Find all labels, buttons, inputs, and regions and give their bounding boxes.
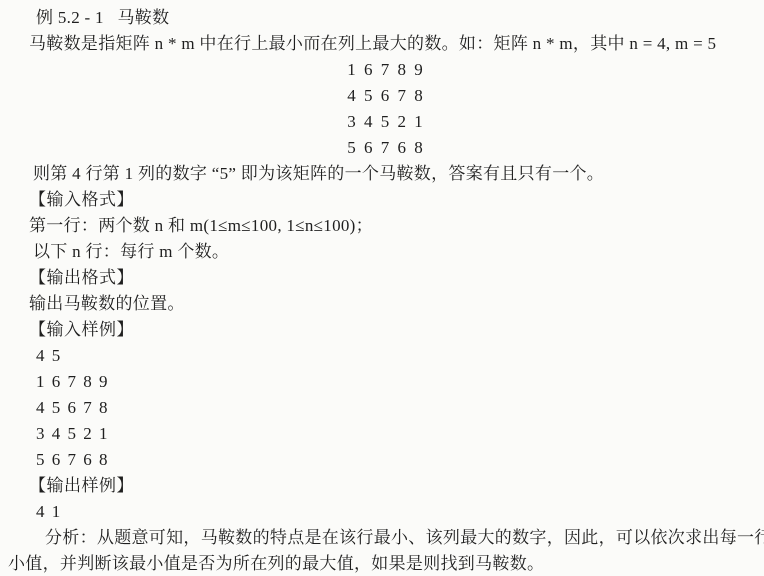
analysis-text-line: 分析：从题意可知，马鞍数的特点是在该行最小、该列最大的数字，因此，可以依次求出每…	[0, 525, 764, 551]
input-format-line: 以下 n 行：每行 m 个数。	[0, 239, 764, 265]
matrix-row: 3 4 5 2 1	[0, 109, 764, 135]
output-format-heading: 【输出格式】	[0, 265, 764, 291]
input-format-section: 【输入格式】 第一行：两个数 n 和 m(1≤m≤100, 1≤n≤100)； …	[0, 187, 764, 265]
sample-input-line: 5 6 7 6 8	[0, 447, 764, 473]
sample-input-line: 3 4 5 2 1	[0, 421, 764, 447]
matrix-row: 4 5 6 7 8	[0, 83, 764, 109]
example-matrix: 1 6 7 8 9 4 5 6 7 8 3 4 5 2 1 5 6 7 6 8	[0, 57, 764, 161]
sample-input-line: 4 5 6 7 8	[0, 395, 764, 421]
matrix-row: 1 6 7 8 9	[0, 57, 764, 83]
analysis-text-line: 小值，并判断该最小值是否为所在列的最大值，如果是则找到马鞍数。	[0, 551, 764, 576]
output-format-line: 输出马鞍数的位置。	[0, 291, 764, 317]
problem-description: 马鞍数是指矩阵 n * m 中在行上最小而在列上最大的数。如：矩阵 n * m，…	[0, 31, 764, 57]
input-format-heading: 【输入格式】	[0, 187, 764, 213]
matrix-row: 5 6 7 6 8	[0, 135, 764, 161]
sample-output-heading: 【输出样例】	[0, 473, 764, 499]
sample-output-line: 4 1	[0, 499, 764, 525]
sample-input-line: 4 5	[0, 343, 764, 369]
sample-output-section: 【输出样例】 4 1	[0, 473, 764, 525]
analysis-paragraph: 分析：从题意可知，马鞍数的特点是在该行最小、该列最大的数字，因此，可以依次求出每…	[0, 525, 764, 576]
document-page: 例 5.2 - 1 马鞍数 马鞍数是指矩阵 n * m 中在行上最小而在列上最大…	[0, 0, 764, 576]
input-format-line: 第一行：两个数 n 和 m(1≤m≤100, 1≤n≤100)；	[0, 213, 764, 239]
example-title: 例 5.2 - 1 马鞍数	[0, 5, 764, 31]
sample-input-section: 【输入样例】 4 5 1 6 7 8 9 4 5 6 7 8 3 4 5 2 1…	[0, 317, 764, 473]
sample-input-heading: 【输入样例】	[0, 317, 764, 343]
matrix-note: 则第 4 行第 1 列的数字 “5” 即为该矩阵的一个马鞍数，答案有且只有一个。	[0, 161, 764, 187]
output-format-section: 【输出格式】 输出马鞍数的位置。	[0, 265, 764, 317]
sample-input-line: 1 6 7 8 9	[0, 369, 764, 395]
